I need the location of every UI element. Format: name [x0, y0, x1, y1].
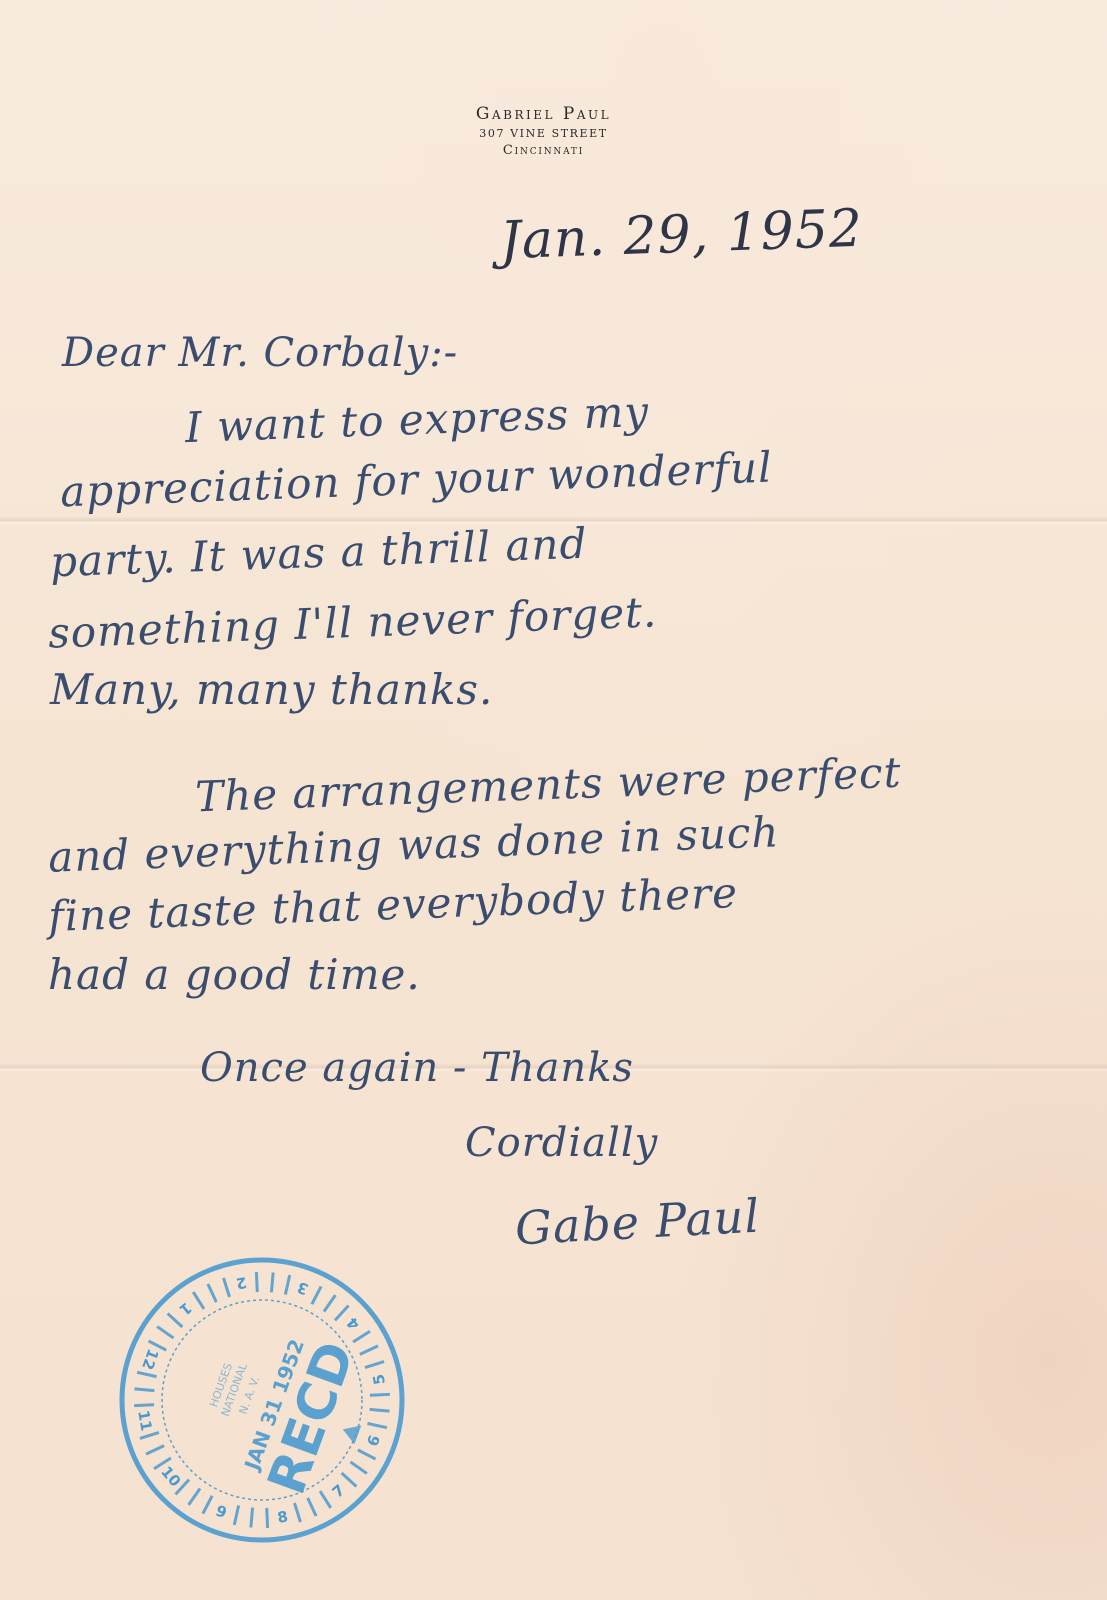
salutation: Dear Mr. Corbaly:- [62, 330, 458, 376]
letter-sheet: Gabriel Paul 307 VINE STREET Cincinnati … [0, 0, 1107, 1600]
closing: Cordially [465, 1120, 658, 1166]
received-stamp: 123456789101112 RECD JAN 31 1952 N. A. V… [112, 1250, 412, 1550]
svg-text:10: 10 [157, 1463, 184, 1491]
received-stamp-icon: 123456789101112 RECD JAN 31 1952 N. A. V… [112, 1250, 412, 1550]
body-line: appreciation for your wonderful [59, 443, 773, 517]
letterhead-name: Gabriel Paul [0, 104, 1087, 124]
svg-text:4: 4 [343, 1314, 363, 1334]
body-line: had a good time. [48, 950, 421, 999]
body-line: party. It was a thrill and [49, 519, 588, 587]
svg-text:6: 6 [364, 1433, 384, 1449]
svg-text:2: 2 [235, 1273, 248, 1293]
letterhead: Gabriel Paul 307 VINE STREET Cincinnati [0, 104, 1087, 158]
svg-text:5: 5 [369, 1373, 389, 1386]
body-line: The arrangements were perfect [194, 748, 902, 822]
letterhead-street: 307 VINE STREET [0, 127, 1087, 140]
svg-text:11: 11 [134, 1409, 155, 1433]
body-line: something I'll never forget. [47, 587, 658, 657]
letter-date: Jan. 29, 1952 [499, 199, 864, 272]
svg-text:3: 3 [295, 1278, 311, 1298]
svg-text:1: 1 [176, 1299, 196, 1319]
body-line: Many, many thanks. [50, 665, 493, 714]
svg-text:8: 8 [276, 1507, 289, 1527]
signature: Gabe Paul [514, 1189, 762, 1256]
letterhead-city: Cincinnati [0, 143, 1087, 158]
svg-text:7: 7 [329, 1481, 349, 1501]
svg-text:9: 9 [213, 1502, 229, 1522]
body-line: fine taste that everybody there [47, 868, 738, 941]
body-line: I want to express my [184, 387, 650, 452]
svg-text:12: 12 [138, 1346, 162, 1372]
body-line: Once again - Thanks [200, 1045, 634, 1091]
